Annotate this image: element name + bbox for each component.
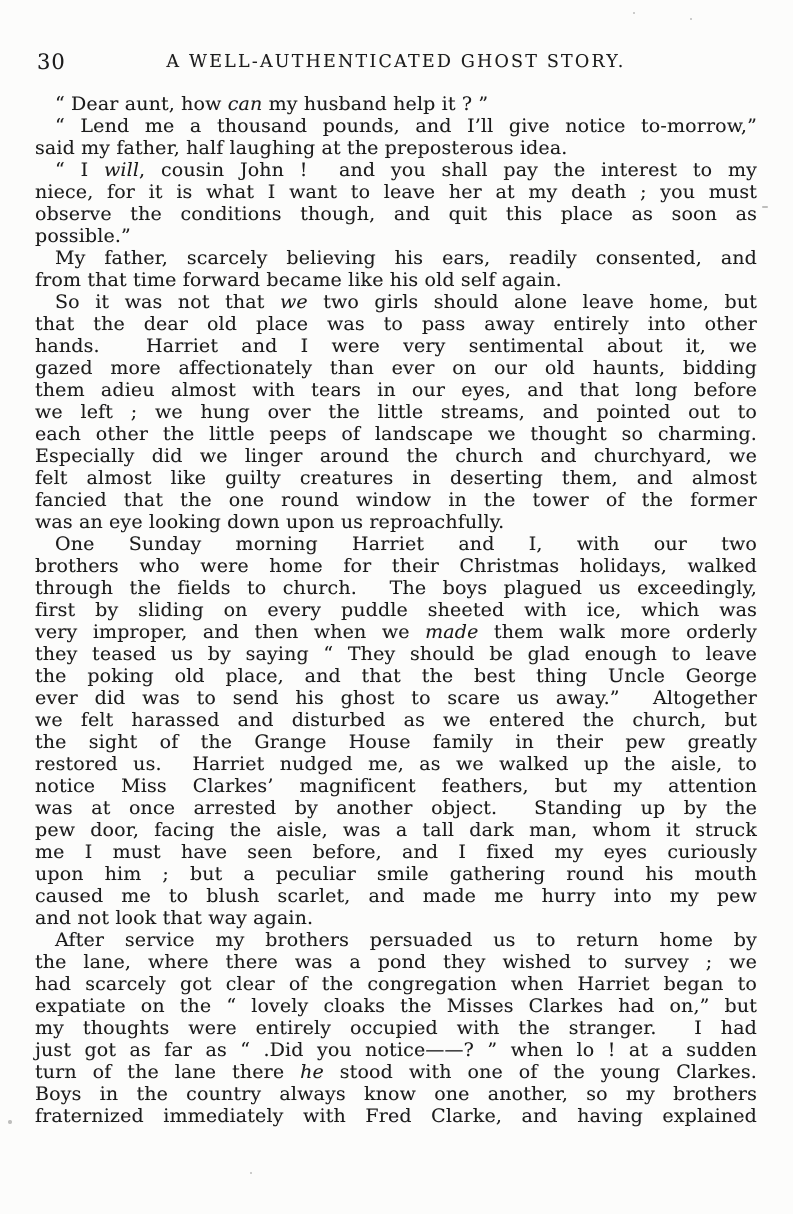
text-line: notice Miss Clarkes’ magnificent feather…	[35, 775, 757, 797]
text-line: After service my brothers persuaded us t…	[35, 929, 757, 951]
text-line: had scarcely got clear of the congregati…	[35, 973, 757, 995]
text-line: observe the conditions though, and quit …	[35, 203, 757, 225]
text-line: we left ; we hung over the little stream…	[35, 401, 757, 423]
text-line: each other the little peeps of landscape…	[35, 423, 757, 445]
text-line: first by sliding on every puddle sheeted…	[35, 599, 757, 621]
scan-artifact	[762, 206, 768, 208]
running-title: A WELL-AUTHENTICATED GHOST STORY.	[35, 50, 757, 72]
text-line: restored us. Harriet nudged me, as we wa…	[35, 753, 757, 775]
text-line: ever did was to send his ghost to scare …	[35, 687, 757, 709]
italic-word: can	[228, 93, 263, 115]
text-line: my thoughts were entirely occupied with …	[35, 1017, 757, 1039]
text-line: upon him ; but a peculiar smile gatherin…	[35, 863, 757, 885]
text-line: was at once arrested by another object. …	[35, 797, 757, 819]
text-line: felt almost like guilty creatures in des…	[35, 467, 757, 489]
text-line: very improper, and then when we made the…	[35, 621, 757, 643]
scanned-book-page: 30 A WELL-AUTHENTICATED GHOST STORY. “ D…	[0, 0, 793, 1214]
text-line: fancied that the one round window in the…	[35, 489, 757, 511]
text-line: and not look that way again.	[35, 907, 757, 929]
text-line: My father, scarcely believing his ears, …	[35, 247, 757, 269]
scan-artifact	[250, 1172, 252, 1174]
text-line: Especially did we linger around the chur…	[35, 445, 757, 467]
text-line: that the dear old place was to pass away…	[35, 313, 757, 335]
text-line: “ Dear aunt, how can my husband help it …	[35, 93, 757, 115]
italic-word: made	[425, 621, 478, 643]
text-line: me I must have seen before, and I fixed …	[35, 841, 757, 863]
text-line: niece, for it is what I want to leave he…	[35, 181, 757, 203]
text-line: One Sunday morning Harriet and I, with o…	[35, 533, 757, 555]
text-line: brothers who were home for their Christm…	[35, 555, 757, 577]
text-line: turn of the lane there he stood with one…	[35, 1061, 757, 1083]
text-line: through the fields to church. The boys p…	[35, 577, 757, 599]
text-line: fraternized immediately with Fred Clarke…	[35, 1105, 757, 1127]
text-line: “ Lend me a thousand pounds, and I’ll gi…	[35, 115, 757, 137]
italic-word: he	[300, 1061, 324, 1083]
scan-artifact	[8, 1120, 12, 1124]
text-line: pew door, facing the aisle, was a tall d…	[35, 819, 757, 841]
text-line: the lane, where there was a pond they wi…	[35, 951, 757, 973]
text-line: said my father, half laughing at the pre…	[35, 137, 757, 159]
text-line: hands. Harriet and I were very sentiment…	[35, 335, 757, 357]
page-body: “ Dear aunt, how can my husband help it …	[35, 93, 757, 1127]
scan-artifact	[633, 12, 635, 14]
text-line: Boys in the country always know one anot…	[35, 1083, 757, 1105]
text-line: caused me to blush scarlet, and made me …	[35, 885, 757, 907]
text-line: gazed more affectionately than ever on o…	[35, 357, 757, 379]
text-line: expatiate on the “ lovely cloaks the Mis…	[35, 995, 757, 1017]
scan-artifact	[690, 18, 692, 20]
text-line: the poking old place, and that the best …	[35, 665, 757, 687]
page-number: 30	[37, 50, 66, 74]
italic-word: we	[280, 291, 308, 313]
text-line: we felt harassed and disturbed as we ent…	[35, 709, 757, 731]
italic-word: will	[104, 159, 139, 181]
scan-artifact	[420, 156, 422, 158]
text-line: just got as far as “ .Did you notice——? …	[35, 1039, 757, 1061]
text-line: the sight of the Grange House family in …	[35, 731, 757, 753]
text-line: was an eye looking down upon us reproach…	[35, 511, 757, 533]
text-line: So it was not that we two girls should a…	[35, 291, 757, 313]
page-header: 30 A WELL-AUTHENTICATED GHOST STORY.	[35, 50, 757, 76]
text-line: they teased us by saying “ They should b…	[35, 643, 757, 665]
text-line: possible.”	[35, 225, 757, 247]
text-line: “ I will, cousin John ! and you shall pa…	[35, 159, 757, 181]
text-line: them adieu almost with tears in our eyes…	[35, 379, 757, 401]
text-line: from that time forward became like his o…	[35, 269, 757, 291]
